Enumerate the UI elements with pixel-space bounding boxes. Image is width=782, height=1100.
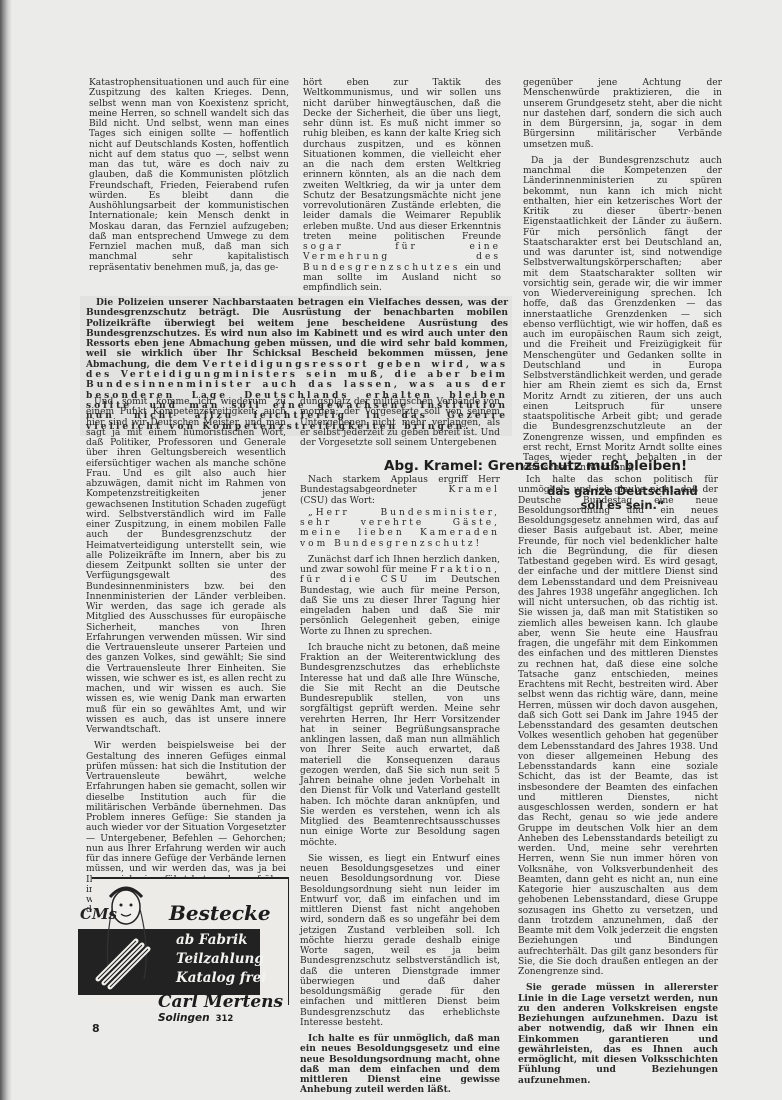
paragraph: Da ja der Bundesgrenzschutz auch manchma… <box>523 156 722 474</box>
salutation: „Herr Bundesminister, sehr verehrte Gäst… <box>300 508 500 549</box>
paragraph: Nach starkem Applaus ergriff Herr Bundes… <box>300 475 500 506</box>
paragraph: Und somit komme ich wiederum zu einem Pu… <box>86 397 286 735</box>
column-3-bottom: Ich halte das schon politisch für unmögl… <box>518 475 718 1086</box>
paragraph: Ich brauche nicht zu betonen, daß meine … <box>300 643 500 848</box>
column-2-top: hört eben zur Taktik des Weltkommunismus… <box>303 78 501 293</box>
ad-offer-lines: ab Fabrik Teilzahlung Katalog frei <box>176 931 266 988</box>
column-1-bottom: Und somit komme ich wiederum zu einem Pu… <box>86 397 286 916</box>
paragraph: Zunächst darf ich Ihnen herzlich danken,… <box>300 555 500 637</box>
column-3-top: gegenüber jene Achtung der Menschenwürde… <box>523 78 722 512</box>
ad-city: Solingen312 <box>158 1012 233 1024</box>
column-2-middle: dungsplatz der militärischen Verbände vo… <box>300 397 500 448</box>
bold-paragraph: Ich halte es für unmöglich, daß man ein … <box>300 1034 500 1096</box>
speaker-name: Kramel <box>449 485 500 495</box>
column-1-top: Katastrophensituationen und auch für ein… <box>89 78 289 273</box>
woman-with-cutlery-illustration-icon <box>90 879 160 991</box>
paragraph: dungsplatz der militärischen Verbände vo… <box>300 397 500 448</box>
advertisement-carl-mertens: CMs Bestecke ab Fabrik Teilzahlung Katal… <box>92 877 289 1005</box>
article-heading: Abg. Kramel: Grenzschutz muß bleiben! <box>384 458 687 474</box>
bold-paragraph: Sie gerade müssen in allererster Linie i… <box>518 983 718 1086</box>
ad-title: Bestecke <box>169 901 271 925</box>
page-number: 8 <box>92 1022 100 1035</box>
ad-logo: CMs <box>80 905 117 923</box>
ad-company: Carl Mertens <box>158 992 283 1012</box>
column-2-bottom: Nach starkem Applaus ergriff Herr Bundes… <box>300 475 500 1096</box>
paragraph: Katastrophensituationen und auch für ein… <box>89 78 289 273</box>
paragraph: gegenüber jene Achtung der Menschenwürde… <box>523 78 722 150</box>
paragraph: hört eben zur Taktik des Weltkommunismus… <box>303 78 501 293</box>
scan-edge-shadow <box>0 0 12 1100</box>
paragraph: Ich halte das schon politisch für unmögl… <box>518 475 718 977</box>
paragraph: Sie wissen, es liegt ein Entwurf eines n… <box>300 854 500 1028</box>
